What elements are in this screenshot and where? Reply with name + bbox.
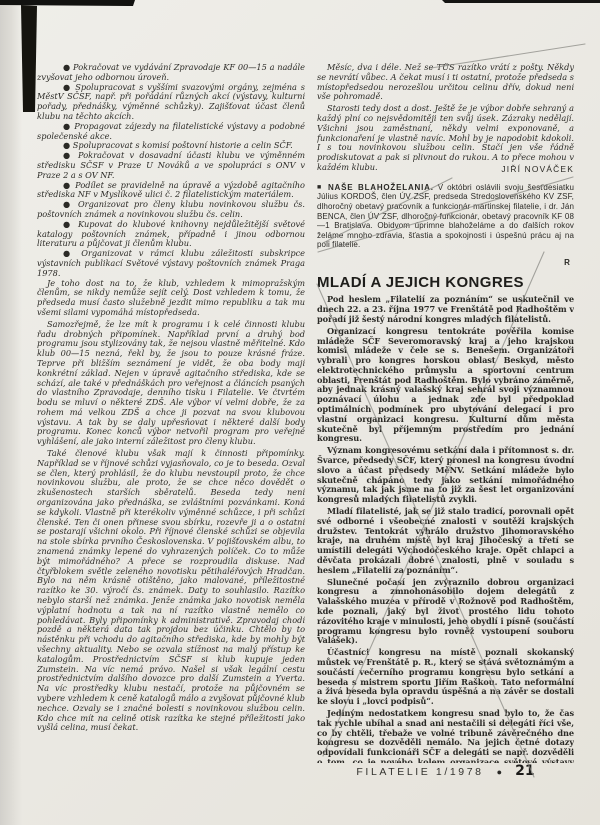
page-number: 21	[515, 763, 534, 779]
footer-dot-icon: ●	[497, 767, 502, 777]
scan-edge-shadow	[0, 0, 22, 825]
club-program-bullet-list: ● Pokračovat ve vydávání Zpravodaje KF 0…	[37, 63, 305, 279]
article-paragraph: Slunečné počasí jen zvýraznilo dobrou or…	[317, 578, 574, 647]
bullet-paragraph: ● Pokračovat v dosavadní účasti klubu ve…	[37, 151, 305, 180]
article-paragraph: Účastníci kongresu na místě poznali skok…	[317, 648, 574, 707]
body-paragraph: Měsíc, dva i déle. Než se TŮS razítko vr…	[317, 63, 574, 102]
bullet-paragraph: ● Pokračovat ve vydávání Zpravodaje KF 0…	[37, 63, 305, 83]
bullet-paragraph: ● Organizovat pro členy klubu novinkovou…	[37, 200, 305, 220]
article-paragraph: Mladí filatelisté, jak se již stalo trad…	[317, 507, 574, 576]
blahozelania-title: NAŠE BLAHOŽELANIA.	[328, 183, 434, 192]
square-bullet-icon: ■	[317, 184, 323, 191]
body-paragraph: Samozřejmě, že lze mít k programu i k ce…	[37, 320, 305, 447]
body-paragraph: Také členové klubu však mají k činnosti …	[37, 449, 305, 733]
left-column-paragraphs: Je toho dost na to, že klub, vzhledem k …	[37, 279, 305, 734]
body-paragraph: Starosti tedy dost a dost. Ještě že je v…	[317, 104, 574, 173]
left-column: ● Pokračovat ve vydávání Zpravodaje KF 0…	[37, 63, 305, 793]
magazine-title: FILATELIE 1/1978	[356, 766, 483, 778]
article-continuation-paragraphs: Měsíc, dva i déle. Než se TŮS razítko vr…	[317, 63, 574, 173]
bullet-paragraph: ● Organizovat v rámci klubu záležitosti …	[37, 249, 305, 278]
right-column: Měsíc, dva i déle. Než se TŮS razítko vr…	[317, 63, 574, 763]
blahozelania-author-initial: R	[317, 258, 574, 268]
scanned-magazine-page: ● Pokračovat ve vydávání Zpravodaje KF 0…	[0, 0, 600, 825]
kongres-article-paragraphs: Pod heslem „Filatelií za poznáním“ se us…	[317, 295, 574, 763]
bullet-paragraph: ● Propagovat zájezdy na filatelistické v…	[37, 122, 305, 142]
article-paragraph: Význam kongresovému setkání dala i příto…	[317, 446, 574, 505]
article-paragraph: Jediným nedostatkem kongresu snad bylo t…	[317, 709, 574, 763]
blahozelania-text: V októbri oslávili svoju šesťdesiatku Jú…	[317, 183, 574, 250]
bullet-paragraph: ● Podílet se pravidelně na úpravě a výzd…	[37, 181, 305, 201]
article-paragraph: Organizací kongresu tentokráte pověřila …	[317, 327, 574, 445]
body-paragraph: Je toho dost na to, že klub, vzhledem k …	[37, 279, 305, 318]
article-heading: MLADÍ A JEJICH KONGRES	[317, 278, 574, 288]
bullet-paragraph: ● Kupovat do klubové knihovny nejdůležit…	[37, 220, 305, 249]
blahozelania-note: ■NAŠE BLAHOŽELANIA.V októbri oslávili sv…	[317, 183, 574, 250]
article-paragraph: Pod heslem „Filatelií za poznáním“ se us…	[317, 295, 574, 324]
page-footer: FILATELIE 1/1978 ● 21	[317, 763, 574, 779]
bullet-paragraph: ● Spolupracovat s vyššími svazovými orgá…	[37, 83, 305, 122]
